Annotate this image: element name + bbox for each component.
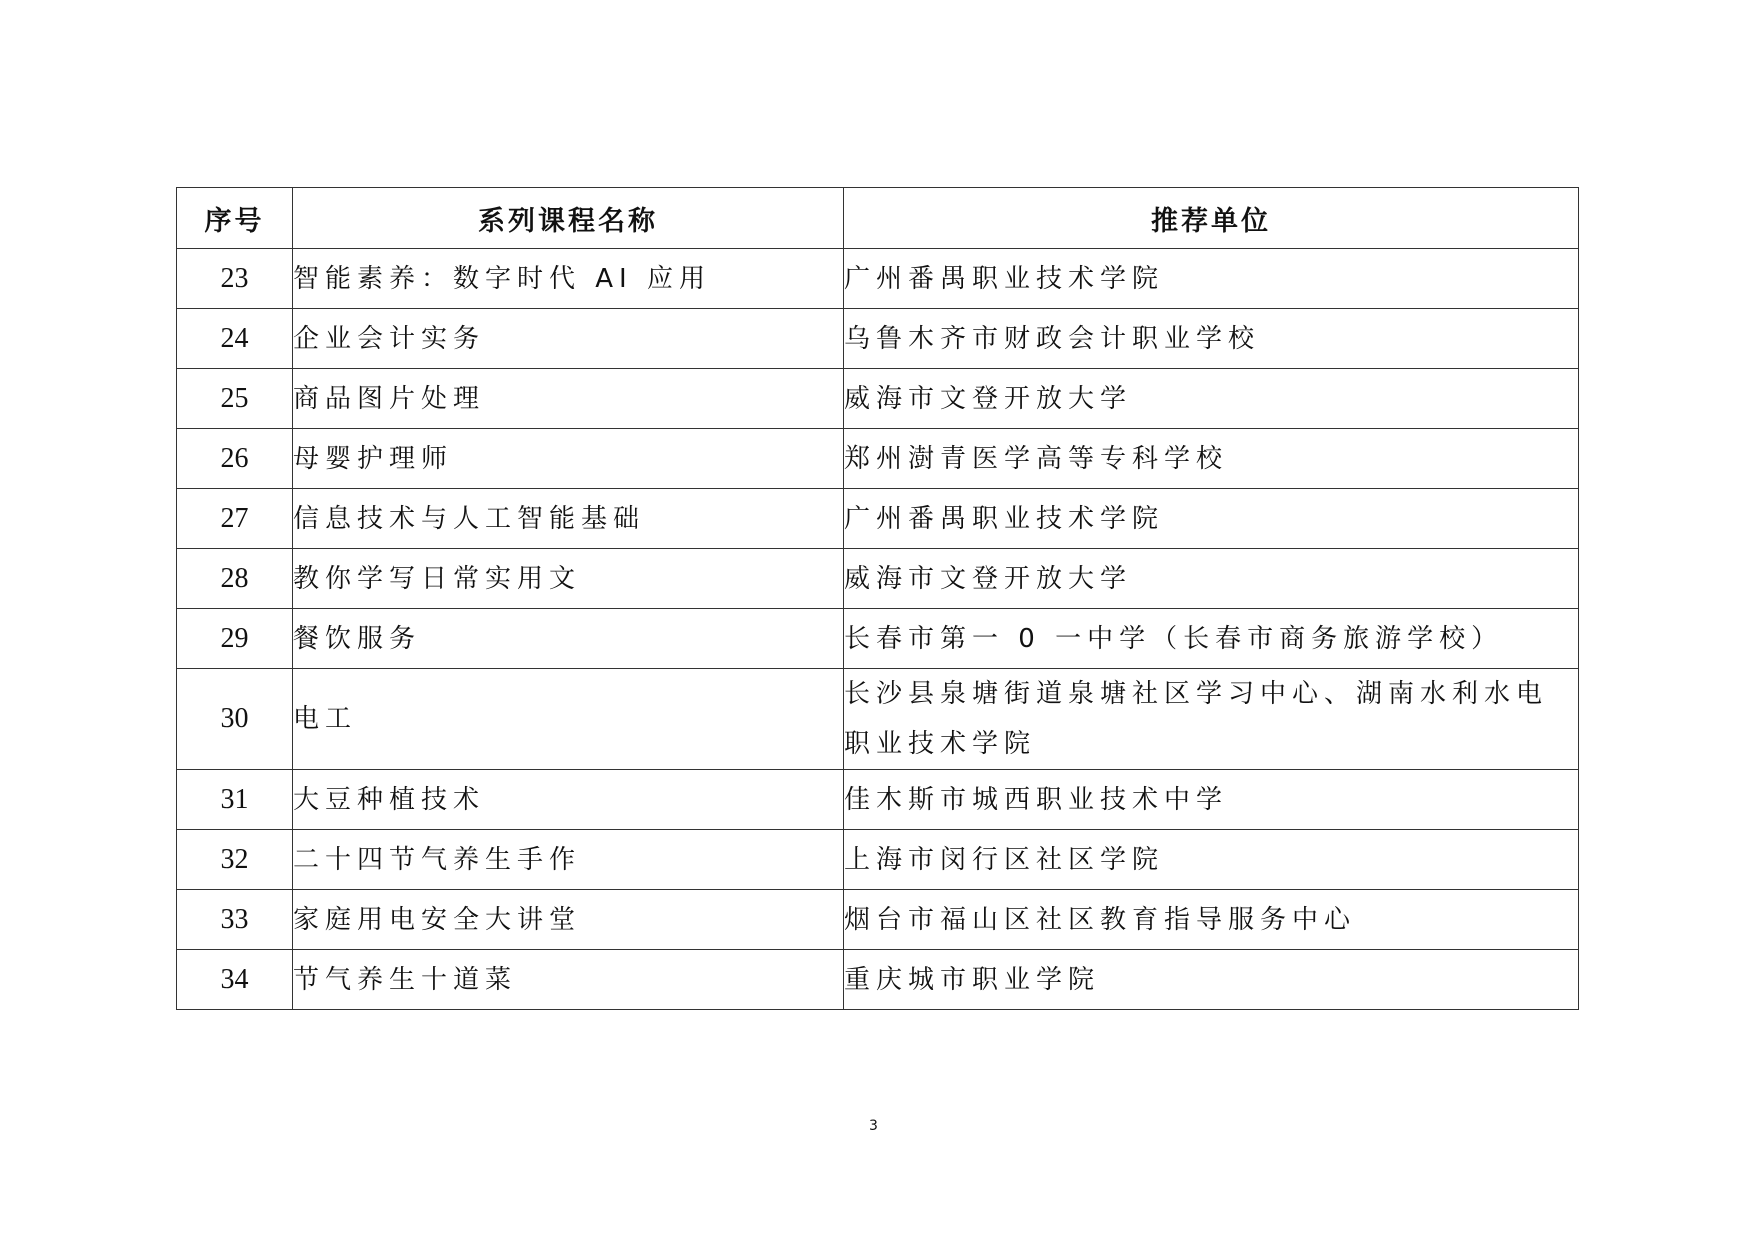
course-name: 大豆种植技术 [293, 770, 844, 830]
course-name: 电工 [293, 669, 844, 770]
course-table: 序号 系列课程名称 推荐单位 23 智能素养：数字时代 AI 应用 广州番禺职业… [176, 187, 1579, 1010]
course-name: 信息技术与人工智能基础 [293, 489, 844, 549]
table-header-row: 序号 系列课程名称 推荐单位 [177, 188, 1579, 249]
document-page: 序号 系列课程名称 推荐单位 23 智能素养：数字时代 AI 应用 广州番禺职业… [0, 0, 1754, 1241]
course-name: 智能素养：数字时代 AI 应用 [293, 249, 844, 309]
table-row: 32 二十四节气养生手作 上海市闵行区社区学院 [177, 830, 1579, 890]
course-name: 商品图片处理 [293, 369, 844, 429]
table-row: 33 家庭用电安全大讲堂 烟台市福山区社区教育指导服务中心 [177, 890, 1579, 950]
recommending-unit: 上海市闵行区社区学院 [844, 830, 1579, 890]
serial-number: 25 [177, 369, 293, 429]
serial-number: 24 [177, 309, 293, 369]
table-row: 24 企业会计实务 乌鲁木齐市财政会计职业学校 [177, 309, 1579, 369]
recommending-unit: 长春市第一 0 一中学（长春市商务旅游学校） [844, 609, 1579, 669]
table-row: 31 大豆种植技术 佳木斯市城西职业技术中学 [177, 770, 1579, 830]
recommending-unit: 长沙县泉塘街道泉塘社区学习中心、湖南水利水电职业技术学院 [844, 669, 1579, 770]
serial-number: 23 [177, 249, 293, 309]
recommending-unit: 威海市文登开放大学 [844, 549, 1579, 609]
serial-number: 27 [177, 489, 293, 549]
recommending-unit: 乌鲁木齐市财政会计职业学校 [844, 309, 1579, 369]
serial-number: 26 [177, 429, 293, 489]
course-name: 家庭用电安全大讲堂 [293, 890, 844, 950]
recommending-unit: 威海市文登开放大学 [844, 369, 1579, 429]
recommending-unit: 佳木斯市城西职业技术中学 [844, 770, 1579, 830]
course-name: 母婴护理师 [293, 429, 844, 489]
recommending-unit: 广州番禺职业技术学院 [844, 489, 1579, 549]
table-row: 26 母婴护理师 郑州澍青医学高等专科学校 [177, 429, 1579, 489]
recommending-unit: 郑州澍青医学高等专科学校 [844, 429, 1579, 489]
recommending-unit: 广州番禺职业技术学院 [844, 249, 1579, 309]
table-row: 27 信息技术与人工智能基础 广州番禺职业技术学院 [177, 489, 1579, 549]
course-name: 节气养生十道菜 [293, 950, 844, 1010]
serial-number: 29 [177, 609, 293, 669]
header-recommending-unit: 推荐单位 [844, 188, 1579, 249]
serial-number: 34 [177, 950, 293, 1010]
table-row: 25 商品图片处理 威海市文登开放大学 [177, 369, 1579, 429]
table-row: 30 电工 长沙县泉塘街道泉塘社区学习中心、湖南水利水电职业技术学院 [177, 669, 1579, 770]
serial-number: 31 [177, 770, 293, 830]
header-serial-number: 序号 [177, 188, 293, 249]
table-row: 34 节气养生十道菜 重庆城市职业学院 [177, 950, 1579, 1010]
table-row: 23 智能素养：数字时代 AI 应用 广州番禺职业技术学院 [177, 249, 1579, 309]
serial-number: 32 [177, 830, 293, 890]
recommending-unit: 重庆城市职业学院 [844, 950, 1579, 1010]
header-course-name: 系列课程名称 [293, 188, 844, 249]
course-name: 二十四节气养生手作 [293, 830, 844, 890]
serial-number: 28 [177, 549, 293, 609]
serial-number: 30 [177, 669, 293, 770]
course-name: 教你学写日常实用文 [293, 549, 844, 609]
course-name: 企业会计实务 [293, 309, 844, 369]
page-number: 3 [869, 1118, 878, 1134]
table-row: 29 餐饮服务 长春市第一 0 一中学（长春市商务旅游学校） [177, 609, 1579, 669]
serial-number: 33 [177, 890, 293, 950]
course-name: 餐饮服务 [293, 609, 844, 669]
recommending-unit: 烟台市福山区社区教育指导服务中心 [844, 890, 1579, 950]
table-row: 28 教你学写日常实用文 威海市文登开放大学 [177, 549, 1579, 609]
